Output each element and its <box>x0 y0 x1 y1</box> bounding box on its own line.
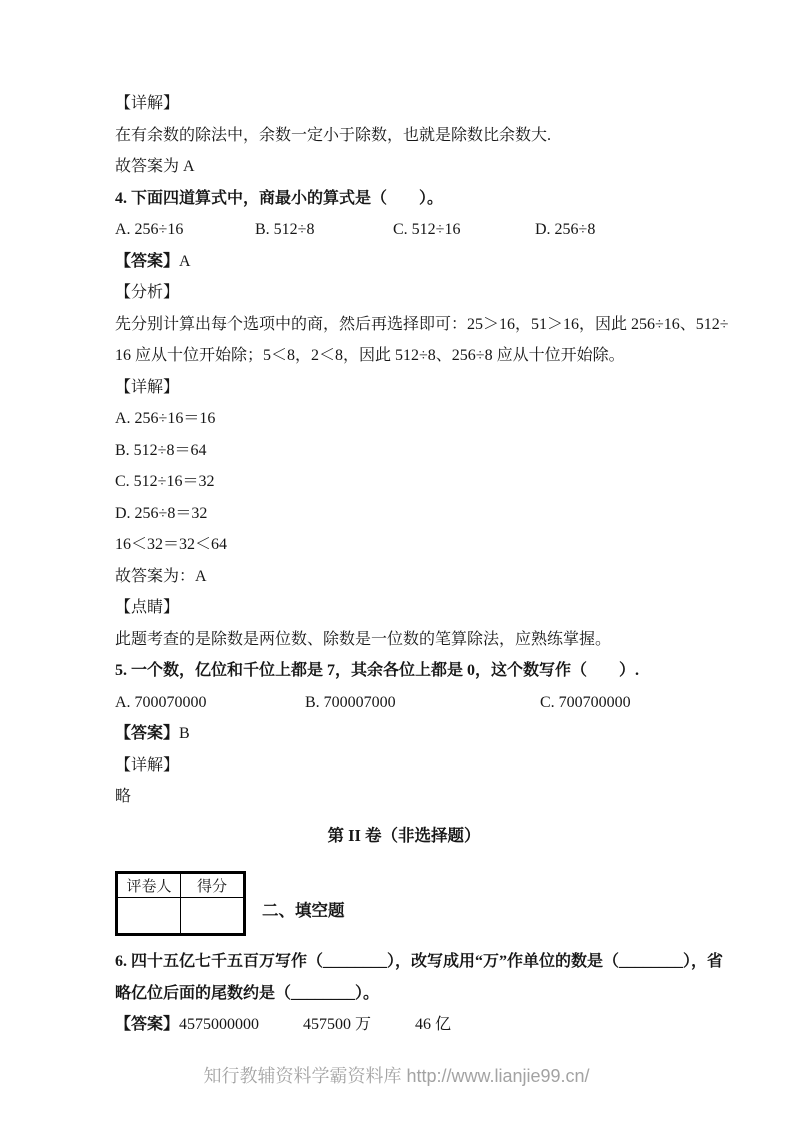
q4-answer-label: 【答案】 <box>115 253 179 270</box>
scoring-box-grader-cell <box>117 898 181 935</box>
exam-document-page: 【详解】 在有余数的除法中，余数一定小于除数，也就是除数比余数大. 故答案为 A… <box>0 0 793 1122</box>
q4-detail-conclusion: 故答案为：A <box>115 568 693 585</box>
q5-answer-label: 【答案】 <box>115 725 179 742</box>
fill-in-section-heading: 二、填空题 <box>262 897 345 921</box>
document-content: 【详解】 在有余数的除法中，余数一定小于除数，也就是除数比余数大. 故答案为 A… <box>0 0 793 1033</box>
q4-tip-label: 【点睛】 <box>115 599 693 616</box>
q4-detail-c: C. 512÷16＝32 <box>115 473 693 490</box>
q4-answer-value: A <box>179 253 191 270</box>
q6-stem-line2: 略亿位后面的尾数约是（________）。 <box>115 985 693 1002</box>
q4-option-b: B. 512÷8 <box>255 221 393 238</box>
q4-option-a: A. 256÷16 <box>115 221 255 238</box>
site-watermark-footer: 知行教辅资料学霸资料库 http://www.lianjie99.cn/ <box>0 1062 793 1088</box>
q4-option-c: C. 512÷16 <box>393 221 535 238</box>
q6-answer-label: 【答案】 <box>115 1016 179 1033</box>
q4-analysis-line2: 16 应从十位开始除；5＜8，2＜8，因此 512÷8、256÷8 应从十位开始… <box>115 347 693 364</box>
q3-detail-text: 在有余数的除法中，余数一定小于除数，也就是除数比余数大. <box>115 127 693 144</box>
q3-detail-label: 【详解】 <box>115 95 693 112</box>
q5-answer-line: 【答案】B <box>115 725 693 742</box>
q5-detail-text: 略 <box>115 788 693 805</box>
scoring-box-score-header: 得分 <box>181 873 245 898</box>
q6-answer-3: 46 亿 <box>415 1016 451 1033</box>
q4-detail-b: B. 512÷8＝64 <box>115 442 693 459</box>
q5-option-b: B. 700007000 <box>305 694 540 711</box>
q4-analysis-label: 【分析】 <box>115 284 693 301</box>
scoring-box-row: 评卷人 得分 二、填空题 <box>115 871 693 936</box>
q4-stem: 4. 下面四道算式中，商最小的算式是（ ）。 <box>115 190 693 207</box>
q4-detail-comparison: 16＜32＝32＜64 <box>115 536 693 553</box>
q6-stem-line1: 6. 四十五亿七千五百万写作（________），改写成用“万”作单位的数是（_… <box>115 953 693 970</box>
q5-options-row: A. 700070000 B. 700007000 C. 700700000 <box>115 694 693 711</box>
q4-answer-line: 【答案】A <box>115 253 693 270</box>
q5-detail-label: 【详解】 <box>115 757 693 774</box>
q4-tip-text: 此题考查的是除数是两位数、除数是一位数的笔算除法，应熟练掌握。 <box>115 631 693 648</box>
q4-detail-label: 【详解】 <box>115 379 693 396</box>
q5-answer-value: B <box>179 725 190 742</box>
q5-stem: 5. 一个数，亿位和千位上都是 7，其余各位上都是 0，这个数写作（ ）. <box>115 662 693 679</box>
q4-options-row: A. 256÷16 B. 512÷8 C. 512÷16 D. 256÷8 <box>115 221 693 238</box>
scoring-box-table: 评卷人 得分 <box>115 871 246 936</box>
scoring-box-score-cell <box>181 898 245 935</box>
q6-answer-line: 【答案】4575000000457500 万46 亿 <box>115 1016 693 1033</box>
q4-detail-a: A. 256÷16＝16 <box>115 410 693 427</box>
q3-conclusion: 故答案为 A <box>115 158 693 175</box>
q5-option-c: C. 700700000 <box>540 694 631 711</box>
scoring-box-header-row: 评卷人 得分 <box>117 873 245 898</box>
scoring-box-empty-row <box>117 898 245 935</box>
q4-option-d: D. 256÷8 <box>535 221 595 238</box>
q4-detail-d: D. 256÷8＝32 <box>115 505 693 522</box>
q4-analysis-line1: 先分别计算出每个选项中的商，然后再选择即可：25＞16，51＞16，因此 256… <box>115 316 693 333</box>
scoring-box-grader-header: 评卷人 <box>117 873 181 898</box>
section2-title: 第 II 卷（非选择题） <box>115 827 693 845</box>
q5-option-a: A. 700070000 <box>115 694 305 711</box>
q6-answer-2: 457500 万 <box>303 1016 371 1033</box>
q6-answer-1: 4575000000 <box>179 1016 259 1033</box>
